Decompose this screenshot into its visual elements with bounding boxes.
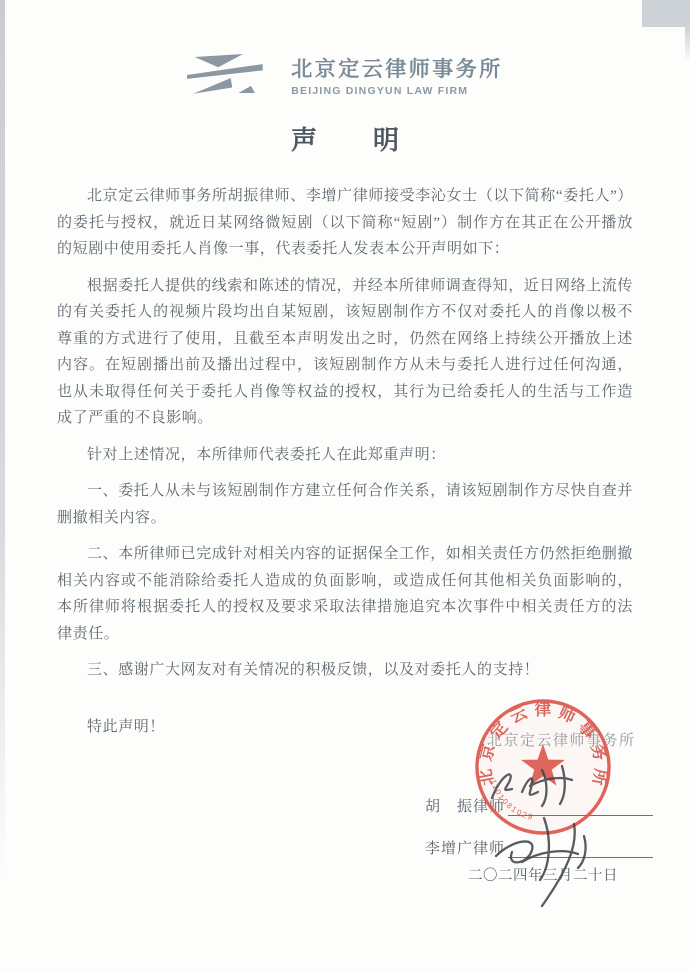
statement-document: 北京定云律师事务所 BEIJING DINGYUN LAW FIRM 声 明 北… <box>0 0 690 973</box>
lawfirm-logo-icon <box>187 50 265 100</box>
paragraph-item-3: 三、感谢广大网友对有关情况的积极反馈，以及对委托人的支持！ <box>57 657 633 684</box>
paragraph-intro: 北京定云律师事务所胡振律师、李增广律师接受李沁女士（以下简称“委托人”）的委托与… <box>57 183 633 263</box>
firm-name-zh: 北京定云律师事务所 <box>291 53 503 83</box>
paragraph-facts: 根据委托人提供的线索和陈述的情况，并经本所律师调查得知，近日网络上流传的有关委托… <box>57 273 633 432</box>
title-char-right: 明 <box>373 120 399 157</box>
signature-li-zengguang <box>478 806 618 911</box>
paragraph-declare-lead: 针对上述情况，本所律师代表委托人在此郑重声明： <box>57 442 633 469</box>
statement-body: 北京定云律师事务所胡振律师、李增广律师接受李沁女士（以下简称“委托人”）的委托与… <box>0 183 690 740</box>
firm-name-block: 北京定云律师事务所 BEIJING DINGYUN LAW FIRM <box>291 53 503 97</box>
letterhead: 北京定云律师事务所 BEIJING DINGYUN LAW FIRM <box>0 0 690 100</box>
title-char-left: 声 <box>291 120 317 157</box>
document-title: 声 明 <box>0 120 690 157</box>
paragraph-item-2: 二、本所律师已完成针对相关内容的证据保全工作，如相关责任方仍然拒绝删撤相关内容或… <box>57 541 633 647</box>
paragraph-item-1: 一、委托人从未与该短剧制作方建立任何合作关系，请该短剧制作方尽快自查并删撤相关内… <box>57 478 633 531</box>
scan-edge-left <box>0 0 5 880</box>
scan-edge-right <box>685 27 690 63</box>
firm-name-en: BEIJING DINGYUN LAW FIRM <box>291 85 503 97</box>
scan-corner-top-right <box>642 0 690 27</box>
